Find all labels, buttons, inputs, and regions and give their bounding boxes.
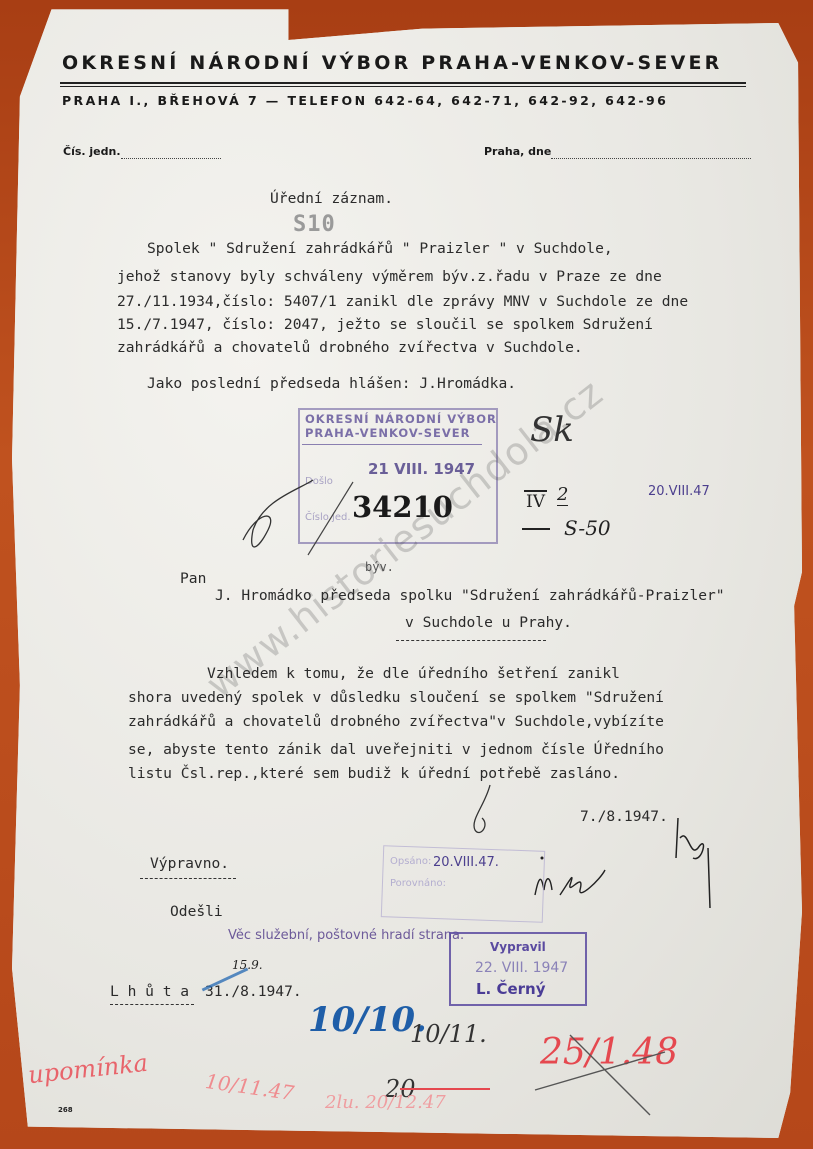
stamped-number: S10 — [293, 212, 336, 237]
deadline-label: L h ů t a — [110, 983, 189, 1000]
received-stamp-office-1: OKRESNÍ NÁRODNÍ VÝBOR — [305, 412, 497, 426]
dispatched-label: Vypravil — [490, 940, 546, 954]
deadline-struck-date: 31./8.1947. — [205, 983, 302, 1000]
date-field: Praha, dne — [484, 140, 751, 159]
handwritten-mark-icon — [238, 470, 358, 560]
dispatch-sent: Odešli — [170, 903, 223, 920]
record-line-5: zahrádkářů a chovatelů drobného zvířectv… — [117, 339, 583, 356]
letterhead-title: OKRESNÍ NÁRODNÍ VÝBOR PRAHA-VENKOV-SEVER — [62, 52, 723, 74]
deadline-corrected: 15.9. — [232, 958, 263, 972]
received-stamp-office-2: PRAHA-VENKOV-SEVER — [305, 426, 470, 440]
body-date: 7./8.1947. — [580, 808, 668, 825]
reference-field: Čís. jedn. — [63, 140, 221, 159]
file-mark-dash — [522, 528, 550, 530]
red-strike — [400, 1088, 490, 1090]
date-label: Praha, dne — [484, 145, 551, 158]
copy-stamp-date: 20.VIII.47. — [433, 855, 499, 870]
form-number: 268 — [58, 1106, 73, 1114]
date-blank — [551, 158, 751, 159]
dispatch-office: Výpravno. — [150, 855, 229, 872]
document-sheet — [12, 6, 802, 1138]
date-stamp-right: 20.VIII.47 — [648, 484, 710, 499]
reference-blank — [121, 158, 221, 159]
body-line-4: se, abyste tento zánik dal uveřejniti v … — [128, 741, 664, 758]
copy-stamp-label: Opsáno: — [390, 856, 431, 867]
cross-out-icon — [530, 1030, 670, 1120]
dispatched-by: L. Černý — [476, 980, 546, 998]
deadline-pencil-note: 10/11. — [410, 1020, 487, 1048]
letterhead-address: PRAHA I., BŘEHOVÁ 7 — TELEFON 642-64, 64… — [62, 93, 668, 108]
dispatch-office-underline — [140, 878, 236, 879]
file-mark-num: 2 — [557, 484, 568, 506]
body-line-5: listu Čsl.rep.,které sem budiž k úřední … — [128, 765, 620, 782]
copy-stamp-row2: Porovnáno: — [390, 878, 446, 889]
signature-right-icon — [668, 808, 718, 918]
record-line-3: 27./11.1934,číslo: 5407/1 zanikl dle zpr… — [117, 293, 688, 310]
red-note-mid2: 2lu. 20/12.47 — [325, 1092, 446, 1113]
file-mark-roman: IV — [524, 490, 547, 512]
last-chairman-line: Jako poslední předseda hlášen: J.Hromádk… — [147, 375, 516, 392]
received-stamp-divider — [302, 444, 482, 445]
record-line-2: jehož stanovy byly schváleny výměrem býv… — [117, 268, 662, 285]
deadline-underline — [110, 1004, 194, 1005]
file-mark-bottom: S-50 — [564, 516, 611, 540]
letterhead-rule-thin — [60, 86, 746, 87]
dispatched-date: 22. VIII. 1947 — [475, 960, 568, 976]
postage-note: Věc služební, poštovné hradí strana. — [228, 928, 464, 943]
record-line-1: Spolek " Sdružení zahrádkářů " Praizler … — [147, 240, 613, 257]
letterhead-rule — [60, 82, 746, 84]
addressee-salutation: Pan — [180, 570, 206, 587]
reference-label: Čís. jedn. — [63, 145, 121, 158]
body-line-2: shora uvedený spolek v důsledku sloučení… — [128, 689, 664, 706]
initial-signature-icon — [460, 780, 510, 840]
addressee-line-2: v Suchdole u Prahy. — [405, 614, 572, 631]
record-heading: Úřední záznam. — [270, 190, 393, 207]
body-line-3: zahrádkářů a chovatelů drobného zvířectv… — [128, 713, 664, 730]
record-line-4: 15./7.1947, číslo: 2047, ježto se slouči… — [117, 316, 653, 333]
addressee-underline — [396, 640, 546, 641]
